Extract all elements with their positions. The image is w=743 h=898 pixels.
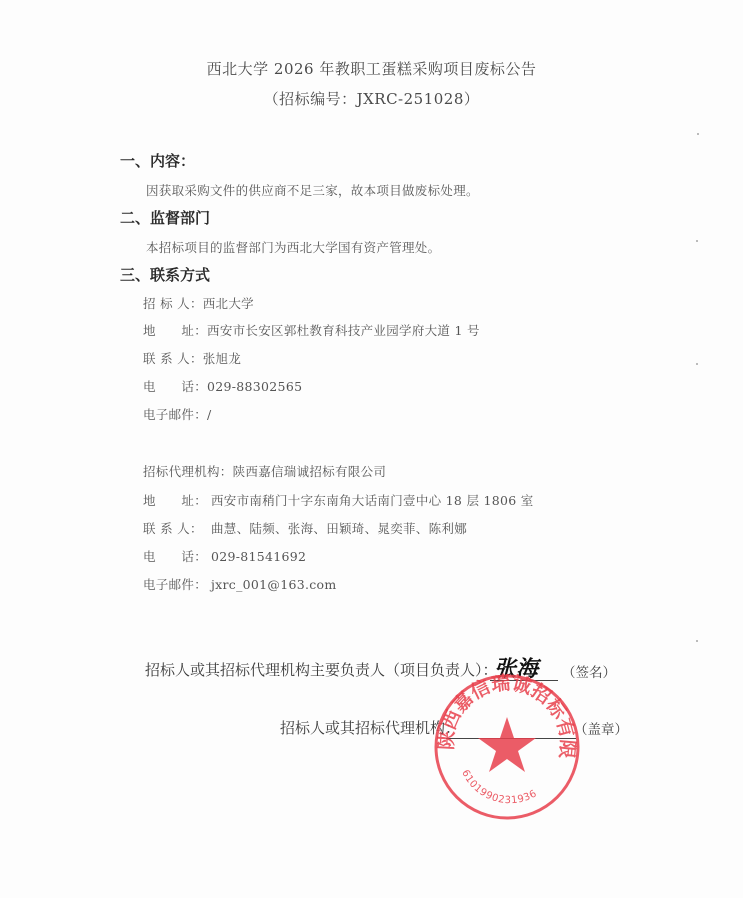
agency-contact-row: 联 系 人：曲慧、陆频、张海、田颖琦、晁奕菲、陈利娜	[143, 519, 467, 537]
star-icon	[478, 717, 536, 772]
section-heading-content: 一、内容：	[120, 150, 195, 171]
tenderer-name-value: 西北大学	[203, 296, 254, 311]
tenderer-email-row: 电子邮件：/	[143, 405, 212, 423]
agency-contact-label: 联 系 人：	[143, 519, 211, 537]
tenderer-address-label: 地 址：	[143, 321, 207, 339]
scan-speck	[696, 240, 698, 242]
tenderer-address-row: 地 址：西安市长安区郭杜教育科技产业园学府大道 1 号	[143, 321, 480, 339]
tenderer-contact-row: 联 系 人：张旭龙	[143, 349, 241, 367]
agency-address-label: 地 址：	[143, 491, 211, 509]
agency-email-value: jxrc_001@163.com	[211, 577, 337, 592]
agency-contact-value: 曲慧、陆频、张海、田颖琦、晁奕菲、陈利娜	[211, 521, 467, 536]
agency-phone-value: 029-81541692	[211, 549, 306, 564]
document-page: 西北大学 2026 年教职工蛋糕采购项目废标公告 （招标编号：JXRC-2510…	[0, 0, 743, 898]
tenderer-contact-label: 联 系 人：	[143, 349, 203, 367]
seal-suffix: （盖章）	[574, 718, 628, 738]
agency-name-value: 陕西嘉信瑞诚招标有限公司	[233, 464, 387, 479]
document-title: 西北大学 2026 年教职工蛋糕采购项目废标公告	[0, 58, 743, 79]
agency-email-row: 电子邮件：jxrc_001@163.com	[143, 575, 337, 593]
agency-name-label: 招标代理机构：	[143, 462, 233, 480]
agency-phone-label: 电 话：	[143, 547, 211, 565]
section-body-content: 因获取采购文件的供应商不足三家，故本项目做废标处理。	[146, 181, 479, 199]
tenderer-email-value: /	[207, 407, 212, 422]
agency-address-value: 西安市南稍门十字东南角大话南门壹中心 18 层 1806 室	[211, 493, 534, 508]
svg-text:陕西嘉信瑞诚招标有限公司: 陕西嘉信瑞诚招标有限公司	[432, 672, 579, 760]
agency-name-row: 招标代理机构：陕西嘉信瑞诚招标有限公司	[143, 462, 386, 480]
agency-email-label: 电子邮件：	[143, 575, 211, 593]
tenderer-name-label: 招 标 人：	[143, 294, 203, 312]
tenderer-contact-value: 张旭龙	[203, 351, 241, 366]
company-seal-stamp: 陕西嘉信瑞诚招标有限公司 6101990231936	[432, 672, 582, 822]
scan-speck	[696, 363, 698, 365]
agency-phone-row: 电 话：029-81541692	[143, 547, 306, 565]
scan-speck	[696, 640, 698, 642]
section-heading-supervision: 二、监督部门	[120, 207, 210, 228]
section-heading-contact: 三、联系方式	[120, 264, 210, 285]
tenderer-phone-row: 电 话：029-88302565	[143, 377, 302, 395]
tenderer-phone-label: 电 话：	[143, 377, 207, 395]
tender-number: （招标编号：JXRC-251028）	[0, 88, 743, 109]
tenderer-address-value: 西安市长安区郭杜教育科技产业园学府大道 1 号	[207, 323, 480, 338]
signature-suffix: （签名）	[562, 661, 616, 681]
tenderer-name-row: 招 标 人：西北大学	[143, 294, 254, 312]
tenderer-email-label: 电子邮件：	[143, 405, 207, 423]
tenderer-phone-value: 029-88302565	[207, 379, 302, 394]
svg-text:6101990231936: 6101990231936	[459, 768, 539, 806]
seal-underline	[446, 738, 576, 739]
handwritten-signature: 张海	[494, 652, 538, 683]
section-body-supervision: 本招标项目的监督部门为西北大学国有资产管理处。	[146, 238, 440, 256]
scan-speck	[697, 133, 699, 135]
agency-address-row: 地 址：西安市南稍门十字东南角大话南门壹中心 18 层 1806 室	[143, 491, 534, 509]
org-seal-label: 招标人或其招标代理机构：	[280, 717, 460, 738]
principal-signature-label: 招标人或其招标代理机构主要负责人（项目负责人）：	[145, 659, 498, 680]
